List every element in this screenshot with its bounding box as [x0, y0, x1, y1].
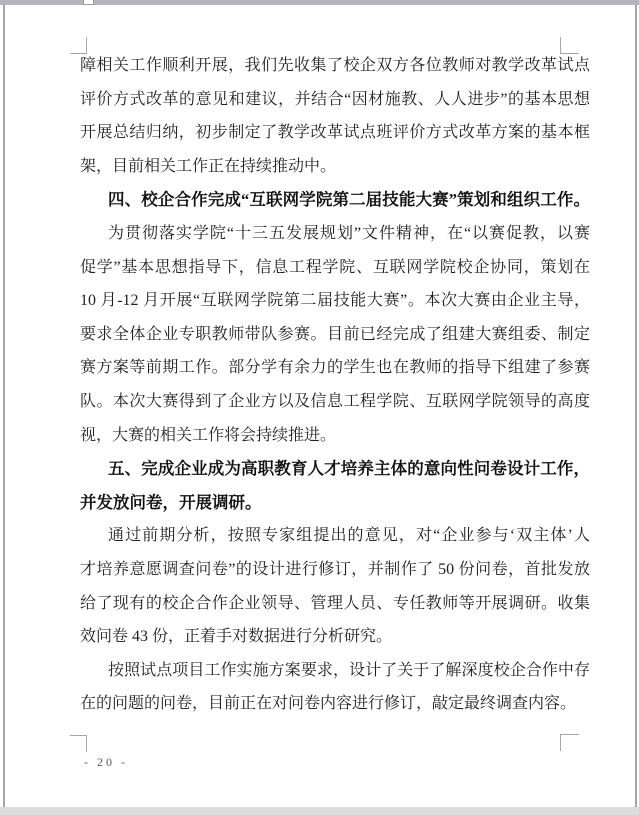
paragraph: 通过前期分析，按照专家组提出的意见，对“企业参与‘双主体’人才培养意愿调查问卷”…: [80, 519, 590, 653]
text-line: 要求全体企业专职教师带队参赛。目前已经完成了组建大赛组委、制定比: [80, 318, 590, 352]
text-line: 通过前期分析，按照专家组提出的意见，对“企业参与‘双主体’人: [80, 519, 590, 553]
text-line: 开展总结归纳，初步制定了教学改革试点班评价方式改革方案的基本框: [80, 116, 590, 150]
text-line: 10 月-12 月开展“互联网学院第二届技能大赛”。本次大赛由企业主导，: [80, 284, 590, 318]
page-number-text: - 20 -: [84, 755, 128, 769]
text-line: 评价方式改革的意见和建议，并结合“因材施教、人人进步”的基本思想: [80, 83, 590, 117]
text-line: 为贯彻落实学院“十三五发展规划”文件精神，在“以赛促教，以赛: [80, 217, 590, 251]
page-left-edge: [3, 5, 5, 807]
paragraph: 障相关工作顺利开展，我们先收集了校企双方各位教师对教学改革试点班评价方式改革的意…: [80, 49, 590, 183]
text-line: 给了现有的校企合作企业领导、管理人员、专任教师等开展调研。收集有: [80, 587, 590, 621]
page-footer: - 20 -: [84, 755, 128, 770]
text-line: 效问卷 43 份，正着手对数据进行分析研究。: [80, 620, 590, 654]
text-line: 障相关工作顺利开展，我们先收集了校企双方各位教师对教学改革试点班: [80, 49, 590, 83]
text-line: 按照试点项目工作实施方案要求，设计了关于了解深度校企合作中存: [80, 654, 590, 688]
page-right-edge: [635, 5, 637, 807]
text-line: 四、校企合作完成“互联网学院第二届技能大赛”策划和组织工作。: [80, 183, 590, 217]
text-line: 五、完成企业成为高职教育人才培养主体的意向性问卷设计工作，: [80, 452, 590, 486]
document-body: 障相关工作顺利开展，我们先收集了校企双方各位教师对教学改革试点班评价方式改革的意…: [80, 49, 590, 721]
text-line: 赛方案等前期工作。部分学有余力的学生也在教师的指导下组建了参赛团: [80, 351, 590, 385]
margin-notch: [83, 0, 94, 5]
text-line: 架，目前相关工作正在持续推动中。: [80, 150, 590, 184]
text-line: 视，大赛的相关工作将会持续推进。: [80, 419, 590, 453]
page-bottom-edge: [0, 807, 639, 815]
paragraph: 为贯彻落实学院“十三五发展规划”文件精神，在“以赛促教，以赛促学”基本思想指导下…: [80, 217, 590, 452]
section-heading: 四、校企合作完成“互联网学院第二届技能大赛”策划和组织工作。: [80, 183, 590, 217]
text-line: 队。本次大赛得到了企业方以及信息工程学院、互联网学院领导的高度重: [80, 385, 590, 419]
page-top-edge: [0, 0, 639, 5]
text-line: 并发放问卷，开展调研。: [80, 486, 590, 520]
text-line: 在的问题的问卷，目前正在对问卷内容进行修订，敲定最终调查内容。: [80, 687, 590, 721]
margin-mark-bottom-right: [560, 734, 579, 751]
text-line: 才培养意愿调查问卷”的设计进行修订，并制作了 50 份问卷，首批发放: [80, 553, 590, 587]
margin-mark-bottom-left: [70, 735, 87, 752]
text-line: 促学”基本思想指导下，信息工程学院、互联网学院校企协同，策划在: [80, 251, 590, 285]
paragraph: 按照试点项目工作实施方案要求，设计了关于了解深度校企合作中存在的问题的问卷，目前…: [80, 654, 590, 721]
section-heading: 五、完成企业成为高职教育人才培养主体的意向性问卷设计工作，并发放问卷，开展调研。: [80, 452, 590, 519]
